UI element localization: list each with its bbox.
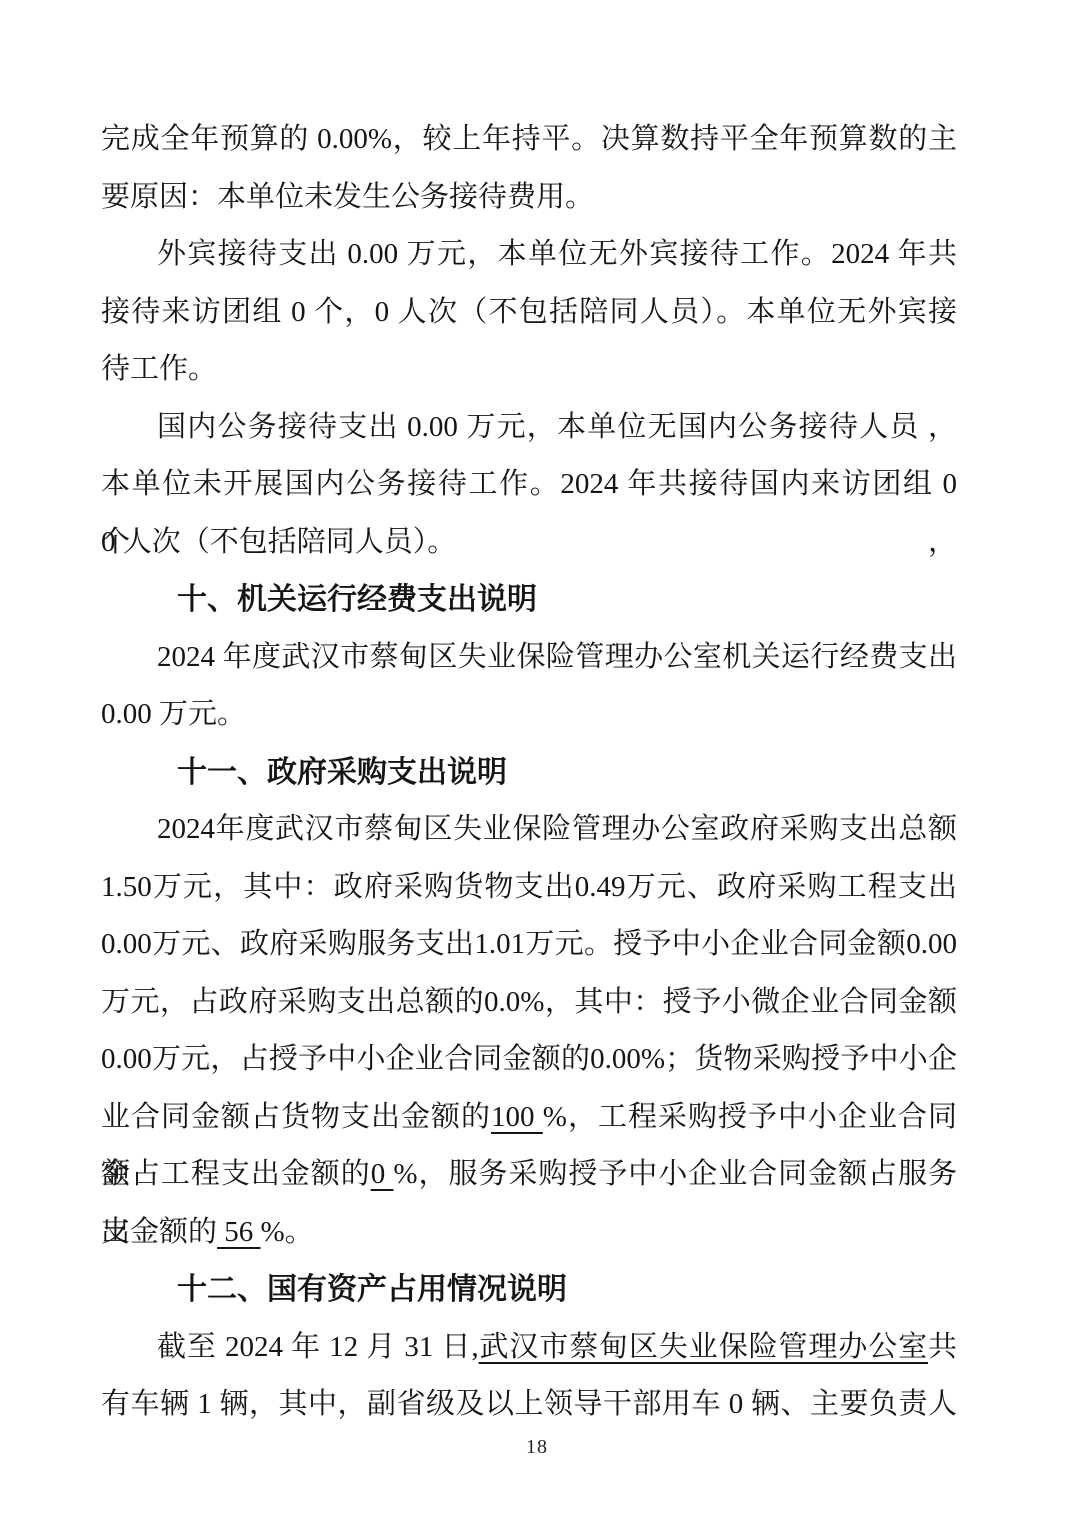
text-line: 0.00万元、政府采购服务支出1.01万元。授予中小企业合同金额0.00 — [101, 916, 957, 974]
section-heading-10: 十、机关运行经费支出说明 — [101, 571, 1033, 629]
text-segment: 截至 2024 年 12 月 31 日, — [157, 1331, 479, 1363]
text-line: 额占工程支出金额的0 %，服务采购授予中小企业合同金额占服务支 — [101, 1146, 957, 1204]
page-number: 18 — [0, 1436, 1074, 1459]
text-line: 2024 年度武汉市蔡甸区失业保险管理办公室机关运行经费支出 — [101, 629, 957, 687]
text-segment: 共 — [928, 1331, 957, 1363]
text-line: 0.00 万元。 — [101, 686, 957, 744]
underlined-value: 56 — [217, 1216, 261, 1248]
text-line: 有车辆 1 辆，其中，副省级及以上领导干部用车 0 辆、主要负责人 — [101, 1376, 957, 1434]
text-segment: 额占工程支出金额的 — [101, 1158, 371, 1190]
text-line: 万元，占政府采购支出总额的0.0%，其中：授予小微企业合同金额 — [101, 974, 957, 1032]
text-line: 2024年度武汉市蔡甸区失业保险管理办公室政府采购支出总额 — [101, 801, 957, 859]
document-page: 完成全年预算的 0.00%，较上年持平。决算数持平全年预算数的主 要原因：本单位… — [0, 0, 1074, 1520]
underlined-value: 100 — [491, 1101, 543, 1133]
section-heading-12: 十二、国有资产占用情况说明 — [101, 1261, 1033, 1319]
section-heading-11: 十一、政府采购支出说明 — [101, 744, 1033, 802]
text-line: 截至 2024 年 12 月 31 日,武汉市蔡甸区失业保险管理办公室共 — [101, 1319, 957, 1377]
underlined-org-name: 武汉市蔡甸区失业保险管理办公室 — [479, 1331, 928, 1363]
text-line: 业合同金额占货物支出金额的100 %，工程采购授予中小企业合同金 — [101, 1089, 957, 1147]
text-segment: 业合同金额占货物支出金额的 — [101, 1101, 491, 1133]
text-line: 本单位未开展国内公务接待工作。2024 年共接待国内来访团组 0 个， — [101, 456, 957, 514]
text-line: 接待来访团组 0 个，0 人次（不包括陪同人员）。本单位无外宾接 — [101, 284, 957, 342]
text-line: 外宾接待支出 0.00 万元，本单位无外宾接待工作。2024 年共 — [101, 226, 957, 284]
underlined-value: 0 — [371, 1158, 394, 1190]
text-line: 出金额的 56 %。 — [101, 1204, 957, 1262]
text-line: 完成全年预算的 0.00%，较上年持平。决算数持平全年预算数的主 — [101, 111, 957, 169]
document-content: 完成全年预算的 0.00%，较上年持平。决算数持平全年预算数的主 要原因：本单位… — [101, 111, 957, 1434]
text-segment: %。 — [261, 1216, 314, 1248]
text-segment: 出金额的 — [101, 1216, 217, 1248]
text-line: 国内公务接待支出 0.00 万元，本单位无国内公务接待人员 ， — [101, 399, 957, 457]
text-line: 1.50万元，其中：政府采购货物支出0.49万元、政府采购工程支出 — [101, 859, 957, 917]
text-line: 要原因：本单位未发生公务接待费用。 — [101, 169, 957, 227]
text-line: 0.00万元，占授予中小企业合同金额的0.00%；货物采购授予中小企 — [101, 1031, 957, 1089]
text-line: 待工作。 — [101, 341, 957, 399]
